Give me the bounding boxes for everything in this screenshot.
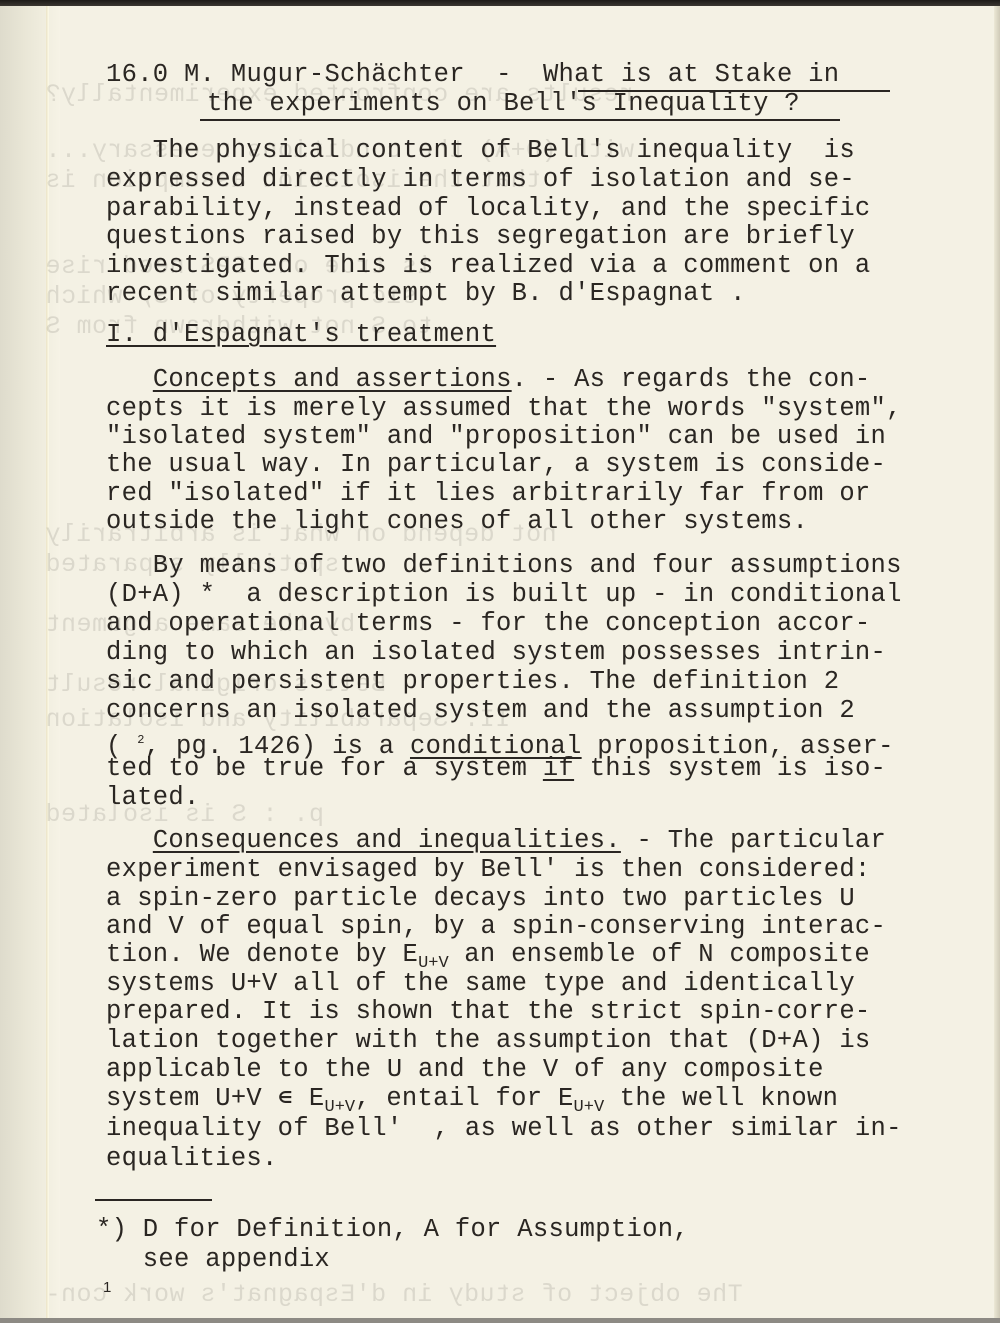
footnote-rule	[95, 1199, 212, 1201]
reference-superscript: 2	[137, 733, 145, 747]
consequences-line: inequality of Bell' , as well as other s…	[106, 1114, 902, 1144]
consequences-line-1-rest: - The particular	[621, 826, 886, 855]
text-fragment: system U+V ∊ E	[106, 1084, 325, 1113]
concepts-line: the usual way. In particular, a system i…	[106, 450, 886, 480]
concepts-line-1-rest: . - As regards the con-	[512, 365, 871, 394]
definitions-line-8: ted to be true for a system if this syst…	[106, 754, 886, 784]
section-1-title: I. d'Espagnat's treatment	[106, 320, 496, 349]
consequences-run-in-heading: Consequences and inequalities.	[153, 826, 621, 855]
abstract-line: investigated. This is realized via a com…	[106, 251, 871, 281]
text-fragment: tion. We denote by E	[106, 940, 418, 969]
consequences-line: prepared. It is shown that the strict sp…	[106, 997, 871, 1027]
page-number: 1	[103, 1279, 111, 1296]
abstract-line: expressed directly in terms of isolation…	[106, 165, 855, 195]
concepts-line: cepts it is merely assumed that the word…	[106, 394, 902, 424]
consequences-line-1: Consequences and inequalities. - The par…	[106, 826, 886, 856]
article-title-part-2: the experiments on Bell's Inequality ?	[207, 89, 800, 119]
consequences-line: lation together with the assumption that…	[106, 1026, 871, 1056]
consequences-line: experiment envisaged by Bell' is then co…	[106, 855, 871, 885]
footnote-line-1: *) D for Definition, A for Assumption,	[96, 1215, 689, 1245]
definitions-line: and operational terms - for the concepti…	[106, 609, 871, 639]
concepts-line: outside the light cones of all other sys…	[106, 507, 808, 537]
abstract-line: questions raised by this segregation are…	[106, 222, 855, 252]
concepts-run-in-heading: Concepts and assertions	[153, 365, 512, 394]
title-underline-2	[200, 119, 840, 121]
emphasis-if: if	[543, 754, 574, 783]
footnote-line-2: see appendix	[96, 1245, 330, 1275]
article-heading-line-1: 16.0 M. Mugur-Schächter - What is at Sta…	[106, 60, 839, 90]
definitions-line: (D+A) * a description is built up - in c…	[106, 580, 902, 610]
definitions-line: concerns an isolated system and the assu…	[106, 696, 855, 726]
abstract-line: parability, instead of locality, and the…	[106, 194, 871, 224]
consequences-line: and V of equal spin, by a spin-conservin…	[106, 912, 886, 942]
section-heading: I. d'Espagnat's treatment	[106, 320, 496, 350]
consequences-line: applicable to the U and the V of any com…	[106, 1055, 824, 1085]
text-fragment: , entail for E	[355, 1084, 573, 1113]
concepts-line-1: Concepts and assertions. - As regards th…	[106, 365, 871, 395]
text-fragment: this system is iso-	[574, 754, 886, 783]
abstract-line: The physical content of Bell's inequalit…	[106, 136, 855, 166]
concepts-line: red "isolated" if it lies arbitrarily fa…	[106, 479, 871, 509]
author-name: M. Mugur-Schächter	[184, 60, 465, 89]
abstract-line: recent similar attempt by B. d'Espagnat …	[106, 279, 746, 309]
heading-dash: -	[496, 60, 512, 89]
text-fragment: ted to be true for a system	[106, 754, 543, 783]
consequences-line: systems U+V all of the same type and ide…	[106, 969, 855, 999]
concepts-line: "isolated system" and "proposition" can …	[106, 422, 886, 452]
document-page: 16.0 M. Mugur-Schächter - What is at Sta…	[0, 0, 1000, 1323]
definitions-line: ding to which an isolated system possess…	[106, 638, 886, 668]
definitions-line: sic and persistent properties. The defin…	[106, 667, 839, 697]
definitions-line: By means of two definitions and four ass…	[106, 551, 902, 581]
consequences-line: equalities.	[106, 1144, 278, 1174]
text-fragment: an ensemble of N composite	[449, 940, 870, 969]
text-fragment: the well known	[604, 1084, 838, 1113]
article-number: 16.0	[106, 60, 168, 89]
definitions-line-9: lated.	[106, 783, 200, 813]
consequences-line: a spin-zero particle decays into two par…	[106, 884, 855, 914]
article-title-part-1: What is at Stake in	[543, 60, 839, 89]
